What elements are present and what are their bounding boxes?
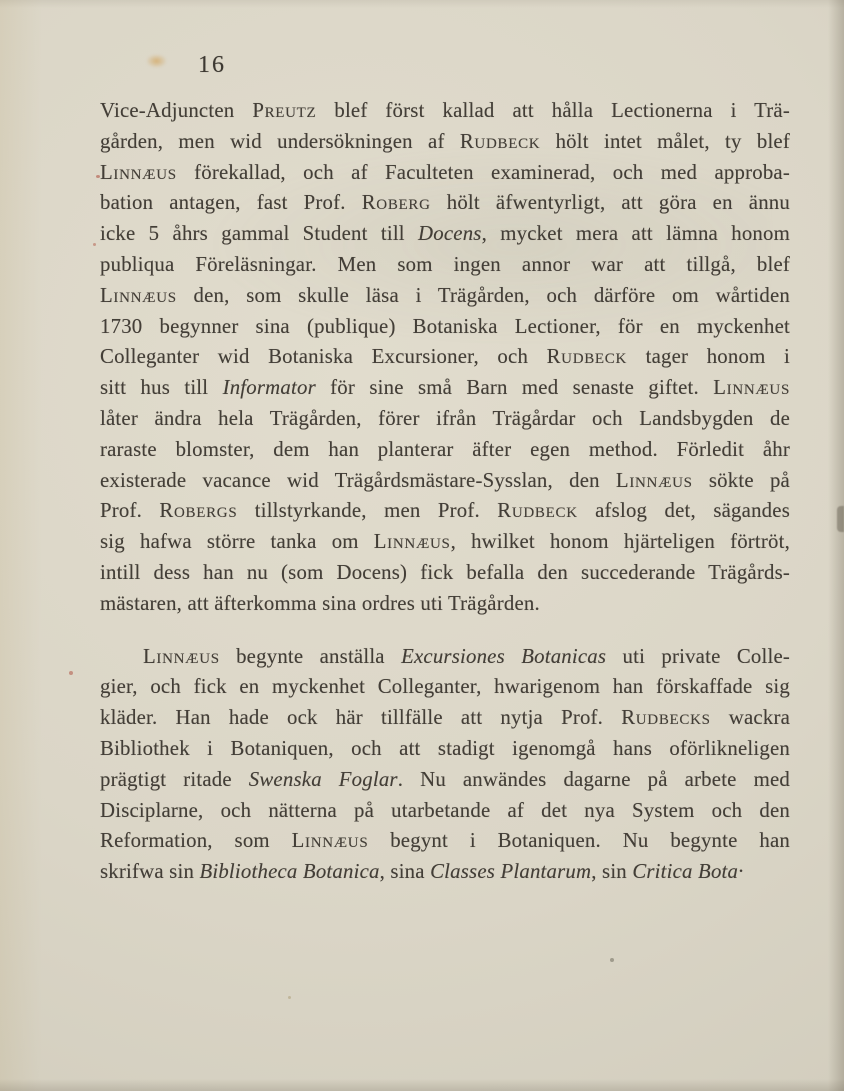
text-line: mästaren, att äfterkomma sina ordres uti… [100, 589, 790, 620]
text-line: Reformation, som Linnæus begynt i Botani… [100, 826, 790, 857]
paper-speck [610, 958, 614, 962]
text-line: Linnæus den, som skulle läsa i Trägården… [100, 281, 790, 312]
stain-mark [143, 52, 170, 70]
page-text: Vice-Adjuncten Preutz blef först kallad … [100, 96, 790, 888]
text-line: 1730 begynner sina (publique) Botaniska … [100, 312, 790, 343]
text-line: Linnæus begynte anställa Excursiones Bot… [100, 642, 790, 673]
text-line: Vice-Adjuncten Preutz blef först kallad … [100, 96, 790, 127]
paper-speck [288, 996, 291, 999]
text-line: skrifwa sin Bibliotheca Botanica, sina C… [100, 857, 790, 888]
paragraph: Vice-Adjuncten Preutz blef först kallad … [100, 96, 790, 620]
text-line: sitt hus till Informator för sine små Ba… [100, 373, 790, 404]
page-edge-mark [837, 506, 844, 532]
scanned-book-page: 16 Vice-Adjuncten Preutz blef först kall… [0, 0, 844, 1091]
page-number: 16 [198, 52, 226, 79]
text-line: kläder. Han hade ock här tillfälle att n… [100, 703, 790, 734]
text-line: existerade vacance wid Trägårdsmästare-S… [100, 466, 790, 497]
text-line: publiqua Föreläsningar. Men som ingen an… [100, 250, 790, 281]
text-line: intill dess han nu (som Docens) fick bef… [100, 558, 790, 589]
text-line: Disciplarne, och nätterna på utarbetande… [100, 796, 790, 827]
text-line: prägtigt ritade Swenska Foglar. Nu anwän… [100, 765, 790, 796]
text-line: sig hafwa större tanka om Linnæus, hwilk… [100, 527, 790, 558]
red-speck [69, 671, 73, 675]
text-line: Prof. Robergs tillstyrkande, men Prof. R… [100, 496, 790, 527]
paragraph: Linnæus begynte anställa Excursiones Bot… [100, 642, 790, 888]
text-line: Bibliothek i Botaniquen, och att stadigt… [100, 734, 790, 765]
red-speck [93, 243, 96, 246]
text-line: Colleganter wid Botaniska Excursioner, o… [100, 342, 790, 373]
text-line: Linnæus förekallad, och af Faculteten ex… [100, 158, 790, 189]
text-line: gården, men wid undersökningen af Rudbec… [100, 127, 790, 158]
text-line: gier, och fick en myckenhet Colleganter,… [100, 672, 790, 703]
text-line: bation antagen, fast Prof. Roberg hölt ä… [100, 188, 790, 219]
text-line: raraste blomster, dem han planterar äfte… [100, 435, 790, 466]
text-line: låter ändra hela Trägården, förer ifrån … [100, 404, 790, 435]
text-line: icke 5 åhrs gammal Student till Docens, … [100, 219, 790, 250]
